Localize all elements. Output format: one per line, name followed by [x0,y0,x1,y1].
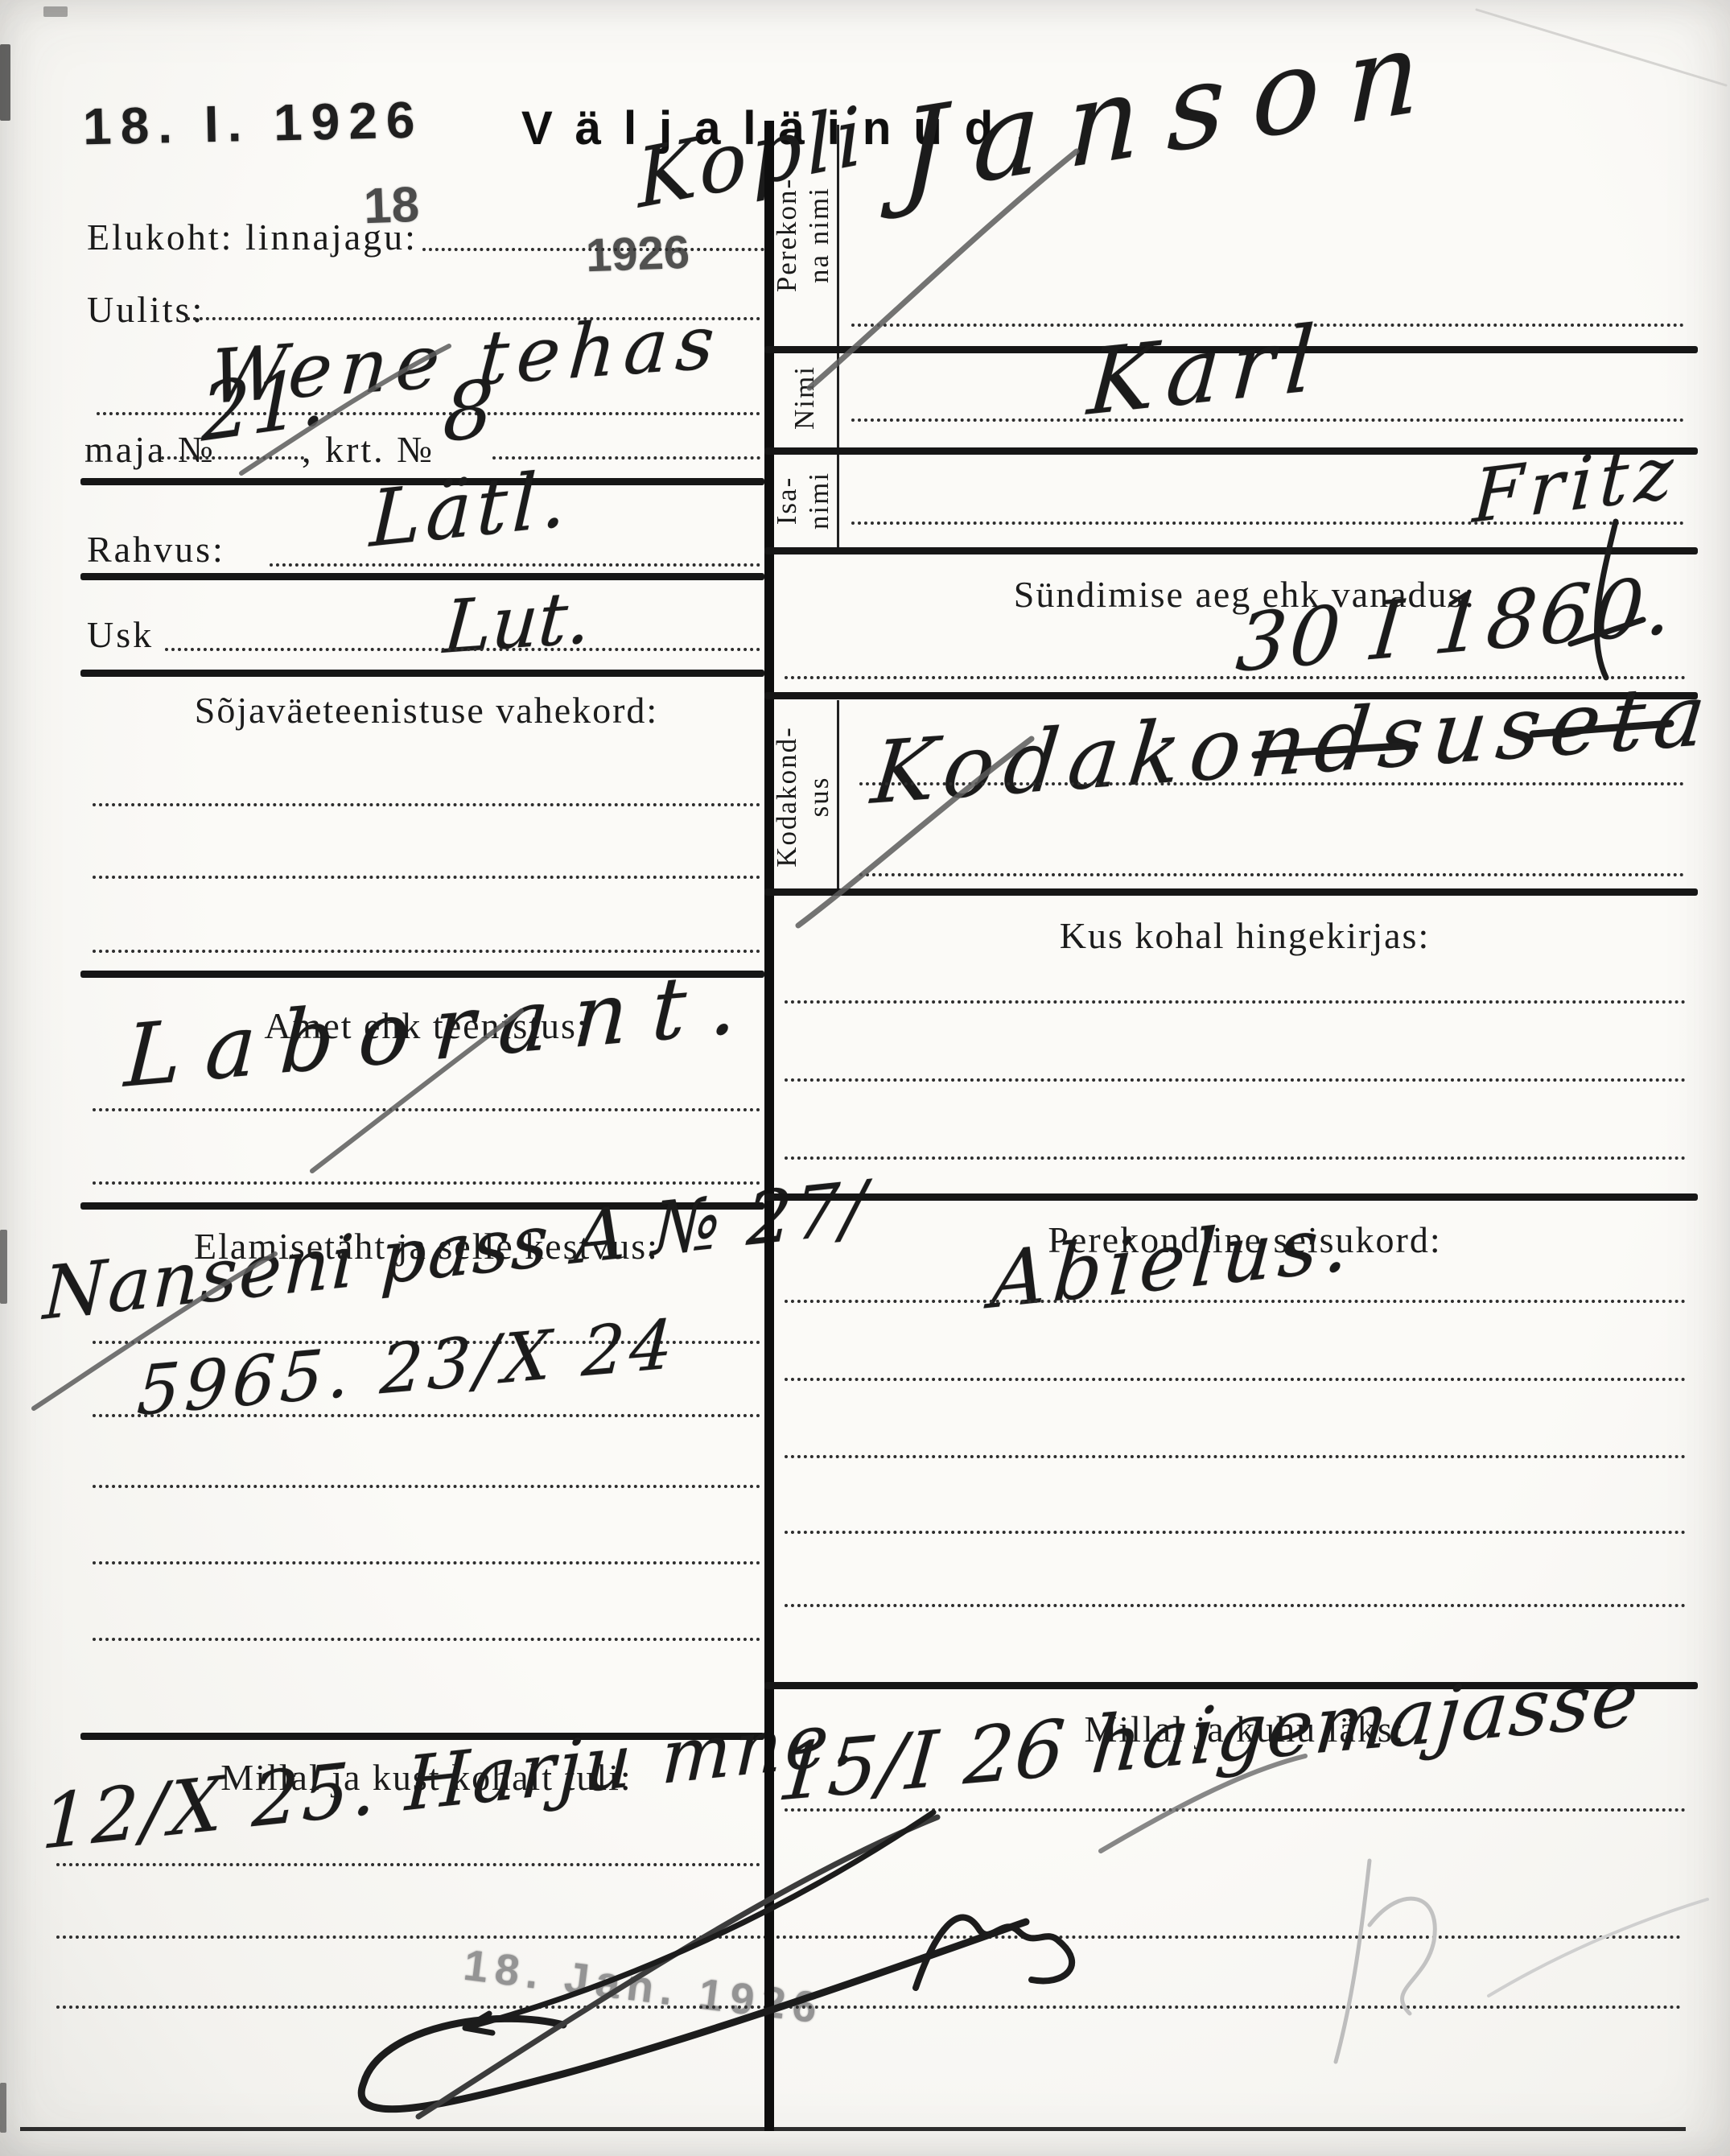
field-label-elukoht: Elukoht: linnajagu: [87,216,418,258]
dotted-line [785,1078,1686,1082]
section-divider [80,670,764,677]
section-divider [764,547,1698,554]
field-label-surname: Perekon- na nimi [771,178,836,292]
dotted-line [785,1300,1686,1303]
scan-edge-mark [0,1230,7,1304]
dotted-line [851,521,1684,525]
field-label-citizenship: Kodakond- sus [771,726,836,867]
dotted-line [785,1378,1686,1381]
dotted-line [93,1485,760,1488]
section-header-parish-register: Kus kohal hingekirjas: [766,914,1724,957]
dotted-line [785,1000,1686,1004]
section-divider [764,888,1698,896]
dotted-line [93,1181,760,1185]
dotted-line [56,1935,1682,1939]
section-divider [764,1193,1698,1201]
scan-edge-mark [0,2083,6,2133]
dotted-line [785,1808,1686,1812]
field-label-surname-line2: na nimi [803,178,835,292]
dotted-line [422,248,764,251]
section-divider [80,573,764,580]
dotted-line [851,418,1684,422]
dotted-line [93,876,760,879]
dotted-line [93,950,760,953]
handwritten-family-status: Abielus. [988,1197,1358,1326]
handwritten-citizenship: Kodakondsuseta [867,665,1720,823]
bottom-edge-line [20,2127,1686,2131]
dotted-line [859,782,1684,785]
handwritten-departed-to: 15/I 26 haigemajasse [774,1652,1643,1819]
scan-edge-mark [43,6,68,17]
field-label-maja: maja № [84,428,216,471]
center-divider-line [764,121,774,2131]
dotted-line [93,803,760,806]
handwritten-arrived-from: 12/X 25. Harju mne. [40,1693,860,1866]
scanned-registration-card: 18. I. 1926 Väljaläinud. 18 1926 Kopli E… [0,0,1730,2156]
dotted-line [93,1638,760,1641]
section-header-military-service: Sõjaväeteenistuse vahekord: [93,689,760,732]
field-label-fathers-name-line1: Isa- [771,472,803,530]
label-separator-line [837,700,839,895]
field-label-firstname-text: Nimi [789,365,821,430]
dotted-line [270,563,760,567]
dotted-line [785,1604,1686,1607]
dotted-line [785,1156,1686,1160]
field-label-surname-line1: Perekon- [771,178,803,292]
dotted-line [93,1561,760,1564]
dotted-line [859,873,1684,876]
field-label-citizenship-line2: sus [803,726,835,867]
date-stamp-top: 18. I. 1926 [82,90,424,157]
field-label-usk: Usk [87,613,154,656]
dotted-line [93,1414,760,1417]
dotted-line [161,456,304,460]
dotted-line [785,1455,1686,1458]
field-label-fathers-name: Isa- nimi [771,472,836,530]
field-label-firstname: Nimi [789,365,821,430]
handwritten-residence-permit-line1: Nanseni pass A № 27/ [42,1165,869,1337]
dotted-line [97,412,760,415]
dotted-line [93,1108,760,1111]
field-label-rahvus: Rahvus: [87,528,225,571]
scan-edge-mark [0,44,10,121]
field-label-fathers-name-line2: nimi [803,472,835,530]
dotted-line [56,2006,1682,2009]
handwritten-residence-permit-line2: 5965. 23/X 24 [135,1304,679,1431]
dotted-line [785,1531,1686,1534]
dotted-line [165,648,760,651]
field-label-citizenship-line1: Kodakond- [771,726,803,867]
label-separator-line [837,125,839,553]
handwritten-religion: Lut. [441,575,593,670]
handwritten-apartment-number: 8 [441,364,496,460]
field-label-uulits: Uulits: [87,288,204,331]
handwritten-surname: Janson [900,0,1448,221]
dotted-line [56,1863,760,1866]
field-label-krt: , krt. № [302,428,435,471]
date-stamp-second-fragment: 1926 [585,225,690,282]
